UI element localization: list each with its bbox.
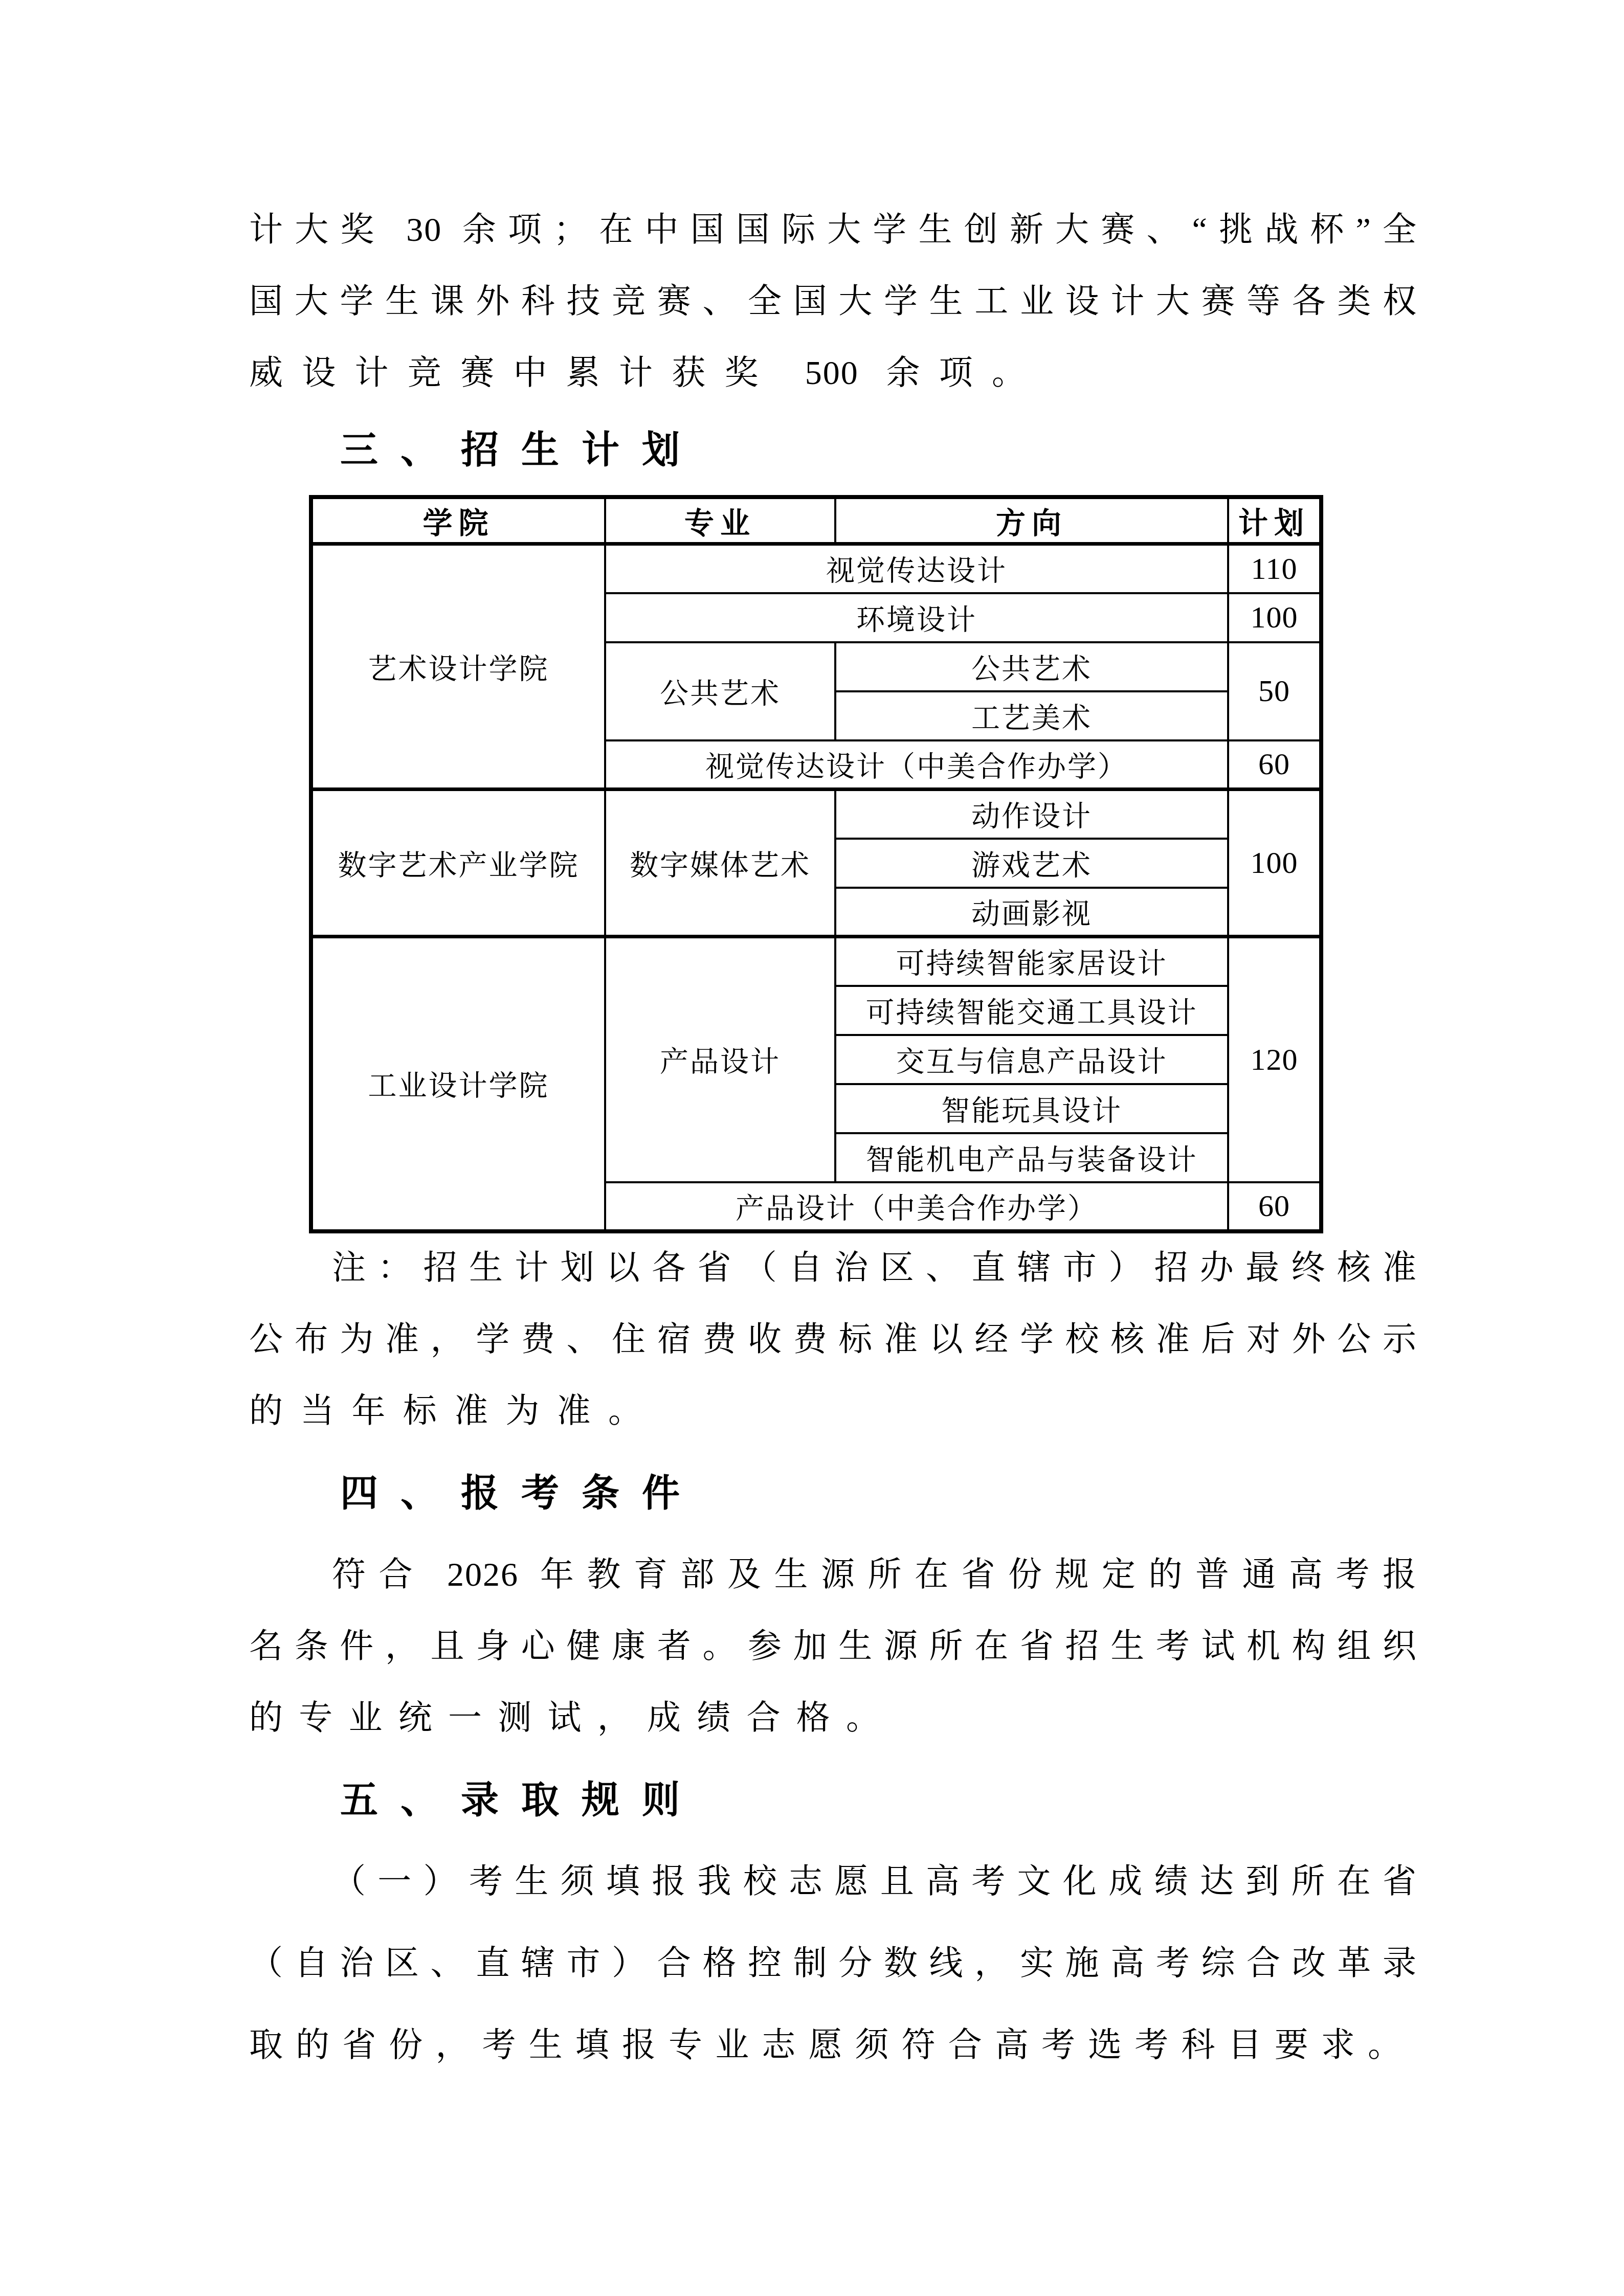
section-heading-enrollment-plan: 三、招生计划 [340, 414, 702, 486]
major-cell-digital-media: 数字媒体艺术 [605, 790, 835, 937]
direction-cell-action-design: 动作设计 [835, 790, 1228, 839]
major-cell-product-design: 产品设计 [605, 937, 835, 1182]
plan-cell-product-design: 120 [1228, 937, 1321, 1182]
major-cell-visual-comm-sino-us: 视觉传达设计（中美合作办学） [605, 740, 1228, 790]
header-cell-direction: 方向 [835, 497, 1228, 544]
direction-cell-public-art: 公共艺术 [835, 642, 1228, 691]
plan-cell-visual-comm-sino-us: 60 [1228, 740, 1321, 790]
section-heading-admission-rules: 五、录取规则 [340, 1764, 702, 1836]
direction-cell-sustainable-transport: 可持续智能交通工具设计 [835, 986, 1228, 1035]
note-paragraph-line-2: 公布为准，学费、住宿费收费标准以经学校核准后对外公示 [249, 1304, 1417, 1376]
table-row: 数字艺术产业学院 数字媒体艺术 动作设计 100 [311, 790, 1321, 839]
eligibility-paragraph-line-2: 名条件，且身心健康者。参加生源所在省招生考试机构组织 [249, 1611, 1417, 1682]
header-cell-college: 学院 [311, 497, 605, 544]
major-cell-public-art: 公共艺术 [605, 642, 835, 740]
plan-cell-product-design-sino-us: 60 [1228, 1182, 1321, 1231]
major-cell-product-design-sino-us: 产品设计（中美合作办学） [605, 1182, 1228, 1231]
intro-paragraph-line-3: 威设计竞赛中累计获奖 500 余项。 [249, 337, 1027, 409]
direction-cell-crafts: 工艺美术 [835, 691, 1228, 740]
note-paragraph-line-3: 的当年标准为准。 [249, 1376, 643, 1447]
eligibility-paragraph-line-1: 符合 2026 年教育部及生源所在省份规定的普通高考报 [249, 1539, 1417, 1611]
plan-cell-visual-comm: 110 [1228, 544, 1321, 593]
major-cell-visual-comm: 视觉传达设计 [605, 544, 1228, 593]
header-cell-major: 专业 [605, 497, 835, 544]
direction-cell-smart-toy: 智能玩具设计 [835, 1084, 1228, 1133]
direction-cell-animation-film: 动画影视 [835, 888, 1228, 937]
note-paragraph-line-1: 注：招生计划以各省（自治区、直辖市）招办最终核准 [249, 1232, 1417, 1304]
plan-cell-public-art: 50 [1228, 642, 1321, 740]
plan-cell-digital-media: 100 [1228, 790, 1321, 937]
admission-rule-line-3: 取的省份，考生填报专业志愿须符合高考选考科目要求。 [249, 2010, 1403, 2081]
document-page: 计大奖 30 余项；在中国国际大学生创新大赛、“挑战杯”全 国大学生课外科技竞赛… [0, 0, 1624, 2296]
major-cell-env-design: 环境设计 [605, 593, 1228, 642]
eligibility-paragraph-line-3: 的专业统一测试，成绩合格。 [249, 1682, 881, 1754]
header-cell-plan: 计划 [1228, 497, 1321, 544]
table-header-row: 学院 专业 方向 计划 [311, 497, 1321, 544]
table-row: 工业设计学院 产品设计 可持续智能家居设计 120 [311, 937, 1321, 986]
table-row: 艺术设计学院 视觉传达设计 110 [311, 544, 1321, 593]
enrollment-plan-table: 学院 专业 方向 计划 艺术设计学院 视觉传达设计 110 环境设计 100 公… [309, 495, 1323, 1233]
intro-paragraph-line-2: 国大学生课外科技竞赛、全国大学生工业设计大赛等各类权 [249, 266, 1417, 337]
college-cell-art-design: 艺术设计学院 [311, 544, 605, 790]
plan-cell-env-design: 100 [1228, 593, 1321, 642]
direction-cell-smart-mechatronics: 智能机电产品与装备设计 [835, 1133, 1228, 1182]
direction-cell-sustainable-home: 可持续智能家居设计 [835, 937, 1228, 986]
admission-rule-line-2: （自治区、直辖市）合格控制分数线，实施高考综合改革录 [249, 1928, 1417, 1999]
section-heading-application-requirements: 四、报考条件 [340, 1457, 702, 1529]
intro-paragraph-line-1: 计大奖 30 余项；在中国国际大学生创新大赛、“挑战杯”全 [249, 194, 1417, 266]
college-cell-industrial-design: 工业设计学院 [311, 937, 605, 1231]
direction-cell-game-art: 游戏艺术 [835, 839, 1228, 888]
admission-rule-line-1: （一）考生须填报我校志愿且高考文化成绩达到所在省 [249, 1846, 1417, 1918]
college-cell-digital-art: 数字艺术产业学院 [311, 790, 605, 937]
direction-cell-interaction-info: 交互与信息产品设计 [835, 1035, 1228, 1084]
